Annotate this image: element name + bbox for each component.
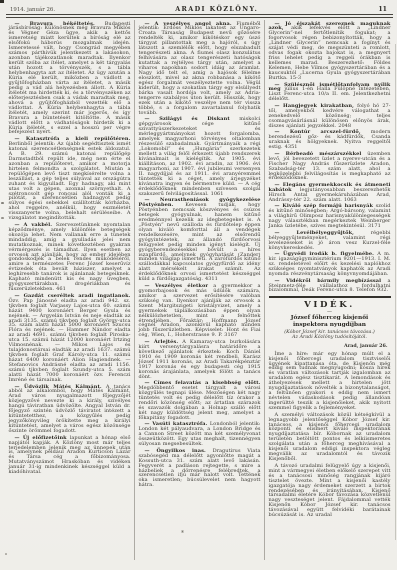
news-paragraph: — Szülésznői ismétlőtanfolyam nyílik meg… xyxy=(269,83,391,103)
scan-speck xyxy=(5,553,7,555)
column-middle: — A veszélyes angol akna. Fiuméből jelen… xyxy=(134,20,264,560)
paragraph-text: A m. kir. igazságügyminisztérium 9201—19… xyxy=(269,251,391,277)
news-paragraph: — Üdvözlik Mátés Kálmánt. A tanács abból… xyxy=(9,385,131,435)
news-paragraph: — Bravura békéltetés. Budapesti járásbír… xyxy=(9,22,131,136)
news-paragraph: — A vakbél. Szervezetünknek nyomtalan ké… xyxy=(9,223,131,292)
news-paragraph: — A veszélyes angol akna. Fiuméből jelen… xyxy=(139,22,261,116)
paragraph-text: lapunkat a hónap első napjától kapják. A… xyxy=(9,435,131,476)
article-paragraph: A távozó uradalmi felügyelő úgy a kisjen… xyxy=(269,464,391,518)
page-number: 11 xyxy=(378,6,387,13)
news-paragraph: — Jó éjszakát szereznek maguknak azok, a… xyxy=(269,22,391,81)
masthead-title: ARADI KÖZLÖNY. xyxy=(175,5,258,13)
scan-corner-artifact xyxy=(0,0,4,3)
right-column-briefs: — Jó éjszakát szereznek maguknak azok, a… xyxy=(269,22,391,294)
paragraph-text: miskolci gépgyárosok cége kitűnő szivatt… xyxy=(139,116,261,196)
column-left: — Bravura békéltetés. Budapesti járásbír… xyxy=(5,20,134,560)
newspaper-page: 1914. január 26. ARADI KÖZLÖNY. 11 — Bra… xyxy=(0,0,397,570)
columns: — Bravura békéltetés. Budapesti járásbír… xyxy=(5,20,394,560)
article-dateline: Arad, január 26. xyxy=(272,343,388,349)
paragraph-text: Fiuméből jelentik: Erdőss Miklós lakatos… xyxy=(139,21,261,116)
news-paragraph: — Szilágyi és Diskant miskolci gépgyáros… xyxy=(139,117,261,196)
paragraph-text: üzemben levő, jól bevezetett üzlet a nye… xyxy=(269,151,391,182)
scan-speck xyxy=(1,217,4,219)
news-paragraph: — Elegáns gyermekkocsik és átmeneti kabá… xyxy=(269,183,391,203)
page-header: 1914. január 26. ARADI KÖZLÖNY. 11 xyxy=(10,5,387,13)
paragraph-text: Kevesen tudják, hogy Pöstyénben nemcsak … xyxy=(139,202,261,282)
article-title: József főherceg kisjenői inspektora nyug… xyxy=(277,315,383,328)
news-paragraph: — Új előfizetőink lapunkat a hónap első … xyxy=(9,436,131,476)
section-dash: — xyxy=(269,310,391,314)
paragraph-text: szolid és kitűnő minőségben; Argó-bárson… xyxy=(269,203,391,229)
section-rule xyxy=(269,296,391,298)
paragraph-text: Berlinből jelentik: Az újabb segédtiszte… xyxy=(9,141,131,221)
article-body: Íme a híre: már egy hónap múlt el a kisj… xyxy=(269,352,391,519)
news-paragraph: — Kiváló szép formájú harisnyák szolid é… xyxy=(269,204,391,229)
scan-speck xyxy=(1,202,4,204)
scan-edge-line xyxy=(395,44,396,540)
news-paragraph: — Árlejtés. A Kamaray-utca burkolására k… xyxy=(139,340,261,380)
news-paragraph: — Neurastheniások gyógykezelése Pöstyénb… xyxy=(139,198,261,282)
paragraph-text: július 1-én Halla Fülöpné intézetében, L… xyxy=(269,86,391,102)
news-paragraph: — Gazdát cseréltek aradi ingatlanok. Özv… xyxy=(9,294,131,383)
videk-section: VIDÉK. — József főherceg kisjenői inspek… xyxy=(269,296,391,518)
paragraph-text: Dragutirus Viata szabósegéd ma délelőtt … xyxy=(139,448,261,489)
paragraph-text: Szervezetünknek nyomtalan képződménye, a… xyxy=(9,222,131,292)
news-paragraph: — Vidékről bármily megbízással a Steinme… xyxy=(269,279,391,294)
article-paragraph: A személyi változások közül kétségkívül … xyxy=(269,413,391,463)
footnote-mark: * xyxy=(181,530,184,537)
column-right: — Jó éjszakát szereznek maguknak azok, a… xyxy=(264,20,394,560)
issue-date: 1914. január 26. xyxy=(10,7,55,13)
news-paragraph: — Hangjegyek kirakatban, folyó hó 27-től… xyxy=(269,104,391,129)
paragraph-text: a gyermekkor a gyomorbajosok és más üdül… xyxy=(139,283,261,339)
news-paragraph: — Vasúti katasztrófa. Londonból jelentik… xyxy=(139,422,261,447)
news-paragraph: — Ügyvédi irodák b. figyelmébe. A m. kir… xyxy=(269,252,391,277)
paragraph-text: Megdöbbentő esetet tárgyalt a városi köz… xyxy=(139,385,261,421)
news-paragraph: — Kontúr arcszel-fürdő, modern berendezé… xyxy=(269,130,391,150)
header-rule xyxy=(6,14,393,18)
news-paragraph: — Öngyilkos inas. Dragutirus Viata szabó… xyxy=(139,449,261,489)
news-paragraph: — Bérbeadó mészárszékkel üzemben levő, j… xyxy=(269,152,391,182)
paragraph-text: A Kamaray-utca burkolására kiírt verseny… xyxy=(139,339,261,380)
paragraph-text: Özv. Pap Jánosné eladta az aradi 942. sz… xyxy=(9,298,131,383)
news-paragraph: — Veszélyes életkor a gyermekkor a gyomo… xyxy=(139,284,261,338)
news-paragraph: — Levélbélyeggyűjtők, régebbi bélyeggyűj… xyxy=(269,231,391,251)
news-paragraph: — Katasztrófa a kieli repülőtéren. Berli… xyxy=(9,137,131,221)
article-paragraph: Íme a híre: már egy hónap múlt el a kisj… xyxy=(269,352,391,411)
article-byline: Az Aradi Közlöny tudósítójától. xyxy=(273,335,387,340)
paragraph-text: Budapesti járásbíróság: Különösnek még B… xyxy=(9,21,131,136)
news-paragraph: — Címes felavatás a kisebbség előtt. Meg… xyxy=(139,381,261,421)
paragraph-text: akik lefekvés előtt a „Lindner Glycerin”… xyxy=(269,25,391,81)
paragraph-text: Londonból jelentik: London két pályaudva… xyxy=(139,421,261,447)
paragraph-text: A tanács abból az alkalomból, hogy Mátés… xyxy=(9,384,131,435)
